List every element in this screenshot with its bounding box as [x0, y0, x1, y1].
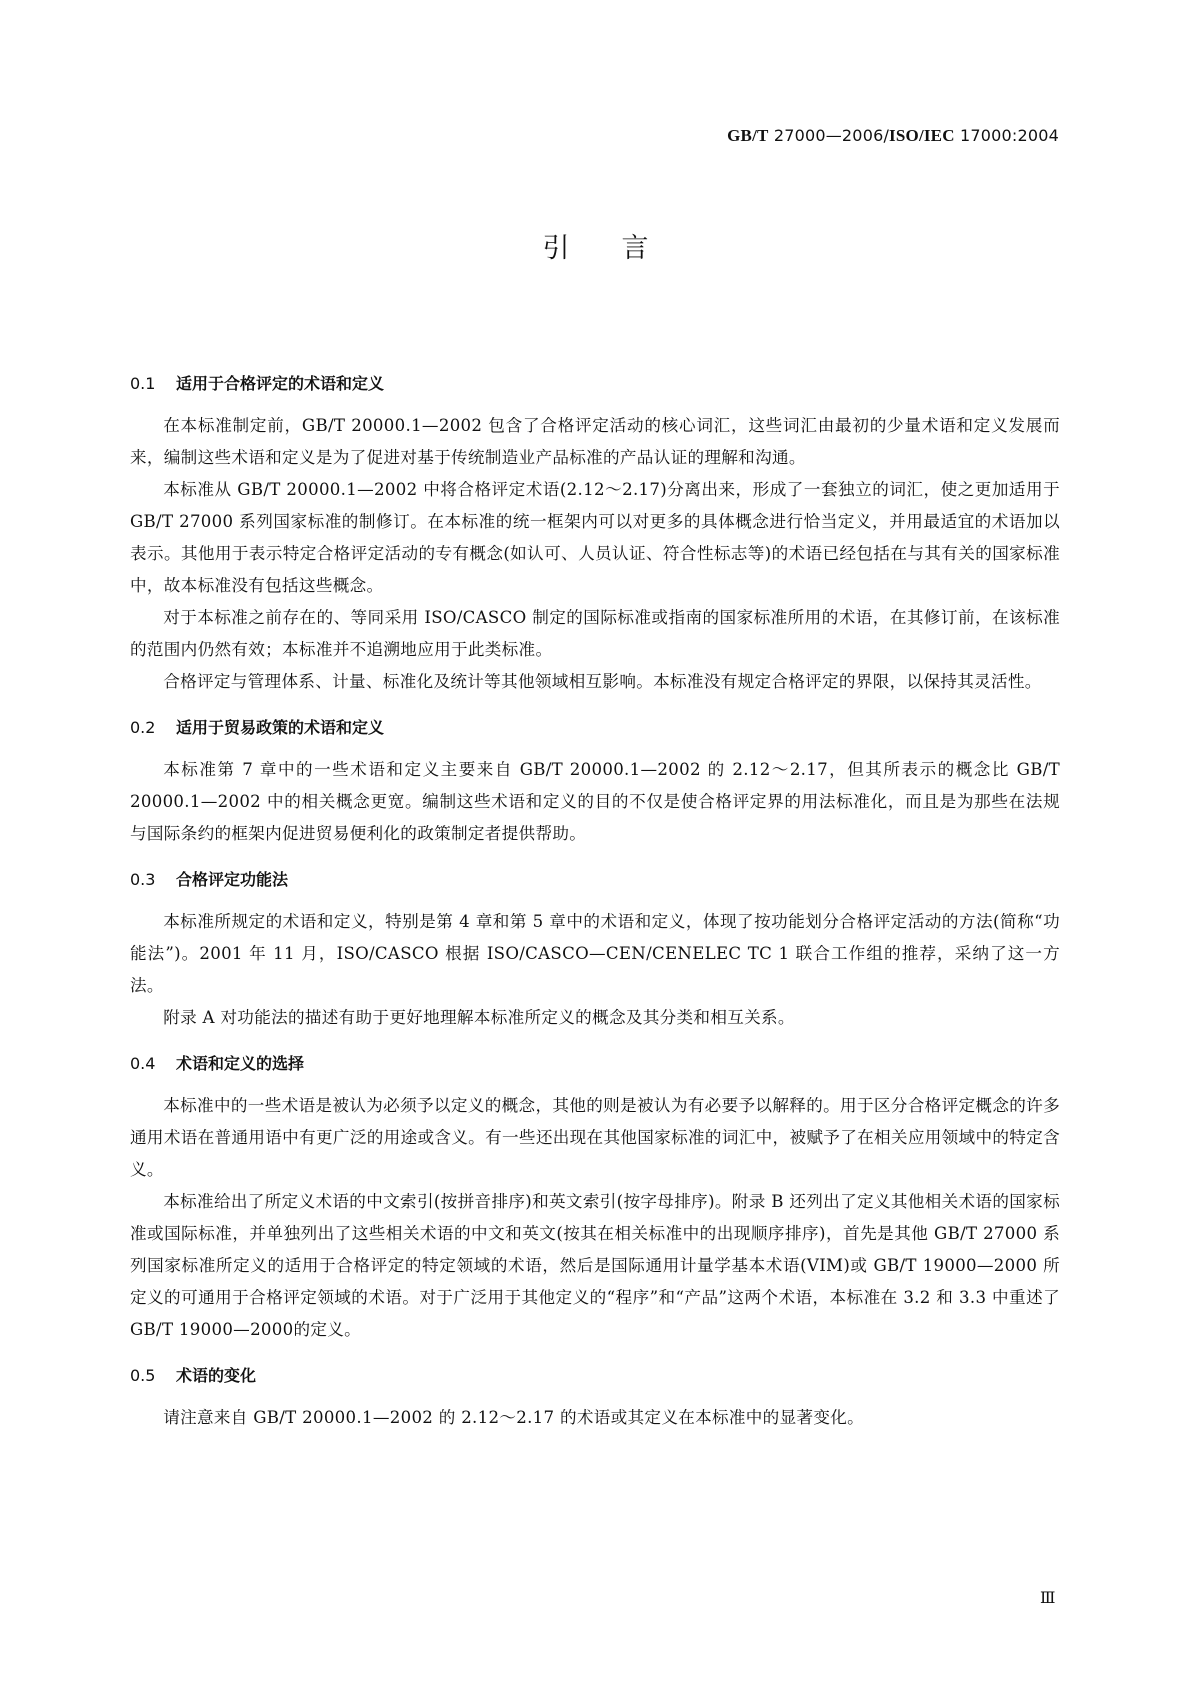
paragraph: 合格评定与管理体系、计量、标准化及统计等其他领域相互影响。本标准没有规定合格评定…: [130, 666, 1060, 698]
paragraph: 本标准第 7 章中的一些术语和定义主要来自 GB/T 20000.1—2002 …: [130, 754, 1060, 850]
section-title: 适用于贸易政策的术语和定义: [176, 718, 384, 737]
paragraph: 本标准从 GB/T 20000.1—2002 中将合格评定术语(2.12～2.1…: [130, 474, 1060, 602]
page-number: Ⅲ: [1040, 1588, 1055, 1607]
section-title: 术语和定义的选择: [176, 1054, 304, 1073]
section-number: 0.2: [130, 714, 176, 742]
section-0-4: 0.4术语和定义的选择 本标准中的一些术语是被认为必须予以定义的概念，其他的则是…: [130, 1050, 1060, 1346]
section-0-2: 0.2适用于贸易政策的术语和定义 本标准第 7 章中的一些术语和定义主要来自 G…: [130, 714, 1060, 850]
section-number: 0.4: [130, 1050, 176, 1078]
section-title: 合格评定功能法: [176, 870, 288, 889]
standard-code-iso-number: 17000:2004: [955, 126, 1059, 145]
paragraph: 请注意来自 GB/T 20000.1—2002 的 2.12～2.17 的术语或…: [130, 1402, 1060, 1434]
section-heading: 0.3合格评定功能法: [130, 866, 1060, 894]
section-title: 术语的变化: [176, 1366, 256, 1385]
section-0-5: 0.5术语的变化 请注意来自 GB/T 20000.1—2002 的 2.12～…: [130, 1362, 1060, 1434]
standard-code-prefix: GB/T: [727, 126, 768, 145]
paragraph: 对于本标准之前存在的、等同采用 ISO/CASCO 制定的国际标准或指南的国家标…: [130, 602, 1060, 666]
section-heading: 0.4术语和定义的选择: [130, 1050, 1060, 1078]
section-heading: 0.1适用于合格评定的术语和定义: [130, 370, 1060, 398]
standard-code-number: 27000—2006/: [769, 126, 890, 145]
page-title: 引言: [0, 226, 1191, 265]
section-title: 适用于合格评定的术语和定义: [176, 374, 384, 393]
section-0-3: 0.3合格评定功能法 本标准所规定的术语和定义，特别是第 4 章和第 5 章中的…: [130, 866, 1060, 1034]
standard-code-header: GB/T 27000—2006/ISO/IEC 17000:2004: [727, 126, 1059, 146]
section-heading: 0.2适用于贸易政策的术语和定义: [130, 714, 1060, 742]
section-number: 0.1: [130, 370, 176, 398]
paragraph: 本标准中的一些术语是被认为必须予以定义的概念，其他的则是被认为有必要予以解释的。…: [130, 1090, 1060, 1186]
paragraph: 本标准给出了所定义术语的中文索引(按拼音排序)和英文索引(按字母排序)。附录 B…: [130, 1186, 1060, 1346]
document-body: 0.1适用于合格评定的术语和定义 在本标准制定前，GB/T 20000.1—20…: [130, 370, 1060, 1434]
paragraph: 附录 A 对功能法的描述有助于更好地理解本标准所定义的概念及其分类和相互关系。: [130, 1002, 1060, 1034]
section-0-1: 0.1适用于合格评定的术语和定义 在本标准制定前，GB/T 20000.1—20…: [130, 370, 1060, 698]
section-heading: 0.5术语的变化: [130, 1362, 1060, 1390]
standard-code-iso: ISO/IEC: [889, 126, 955, 145]
paragraph: 在本标准制定前，GB/T 20000.1—2002 包含了合格评定活动的核心词汇…: [130, 410, 1060, 474]
section-number: 0.3: [130, 866, 176, 894]
section-number: 0.5: [130, 1362, 176, 1390]
paragraph: 本标准所规定的术语和定义，特别是第 4 章和第 5 章中的术语和定义，体现了按功…: [130, 906, 1060, 1002]
